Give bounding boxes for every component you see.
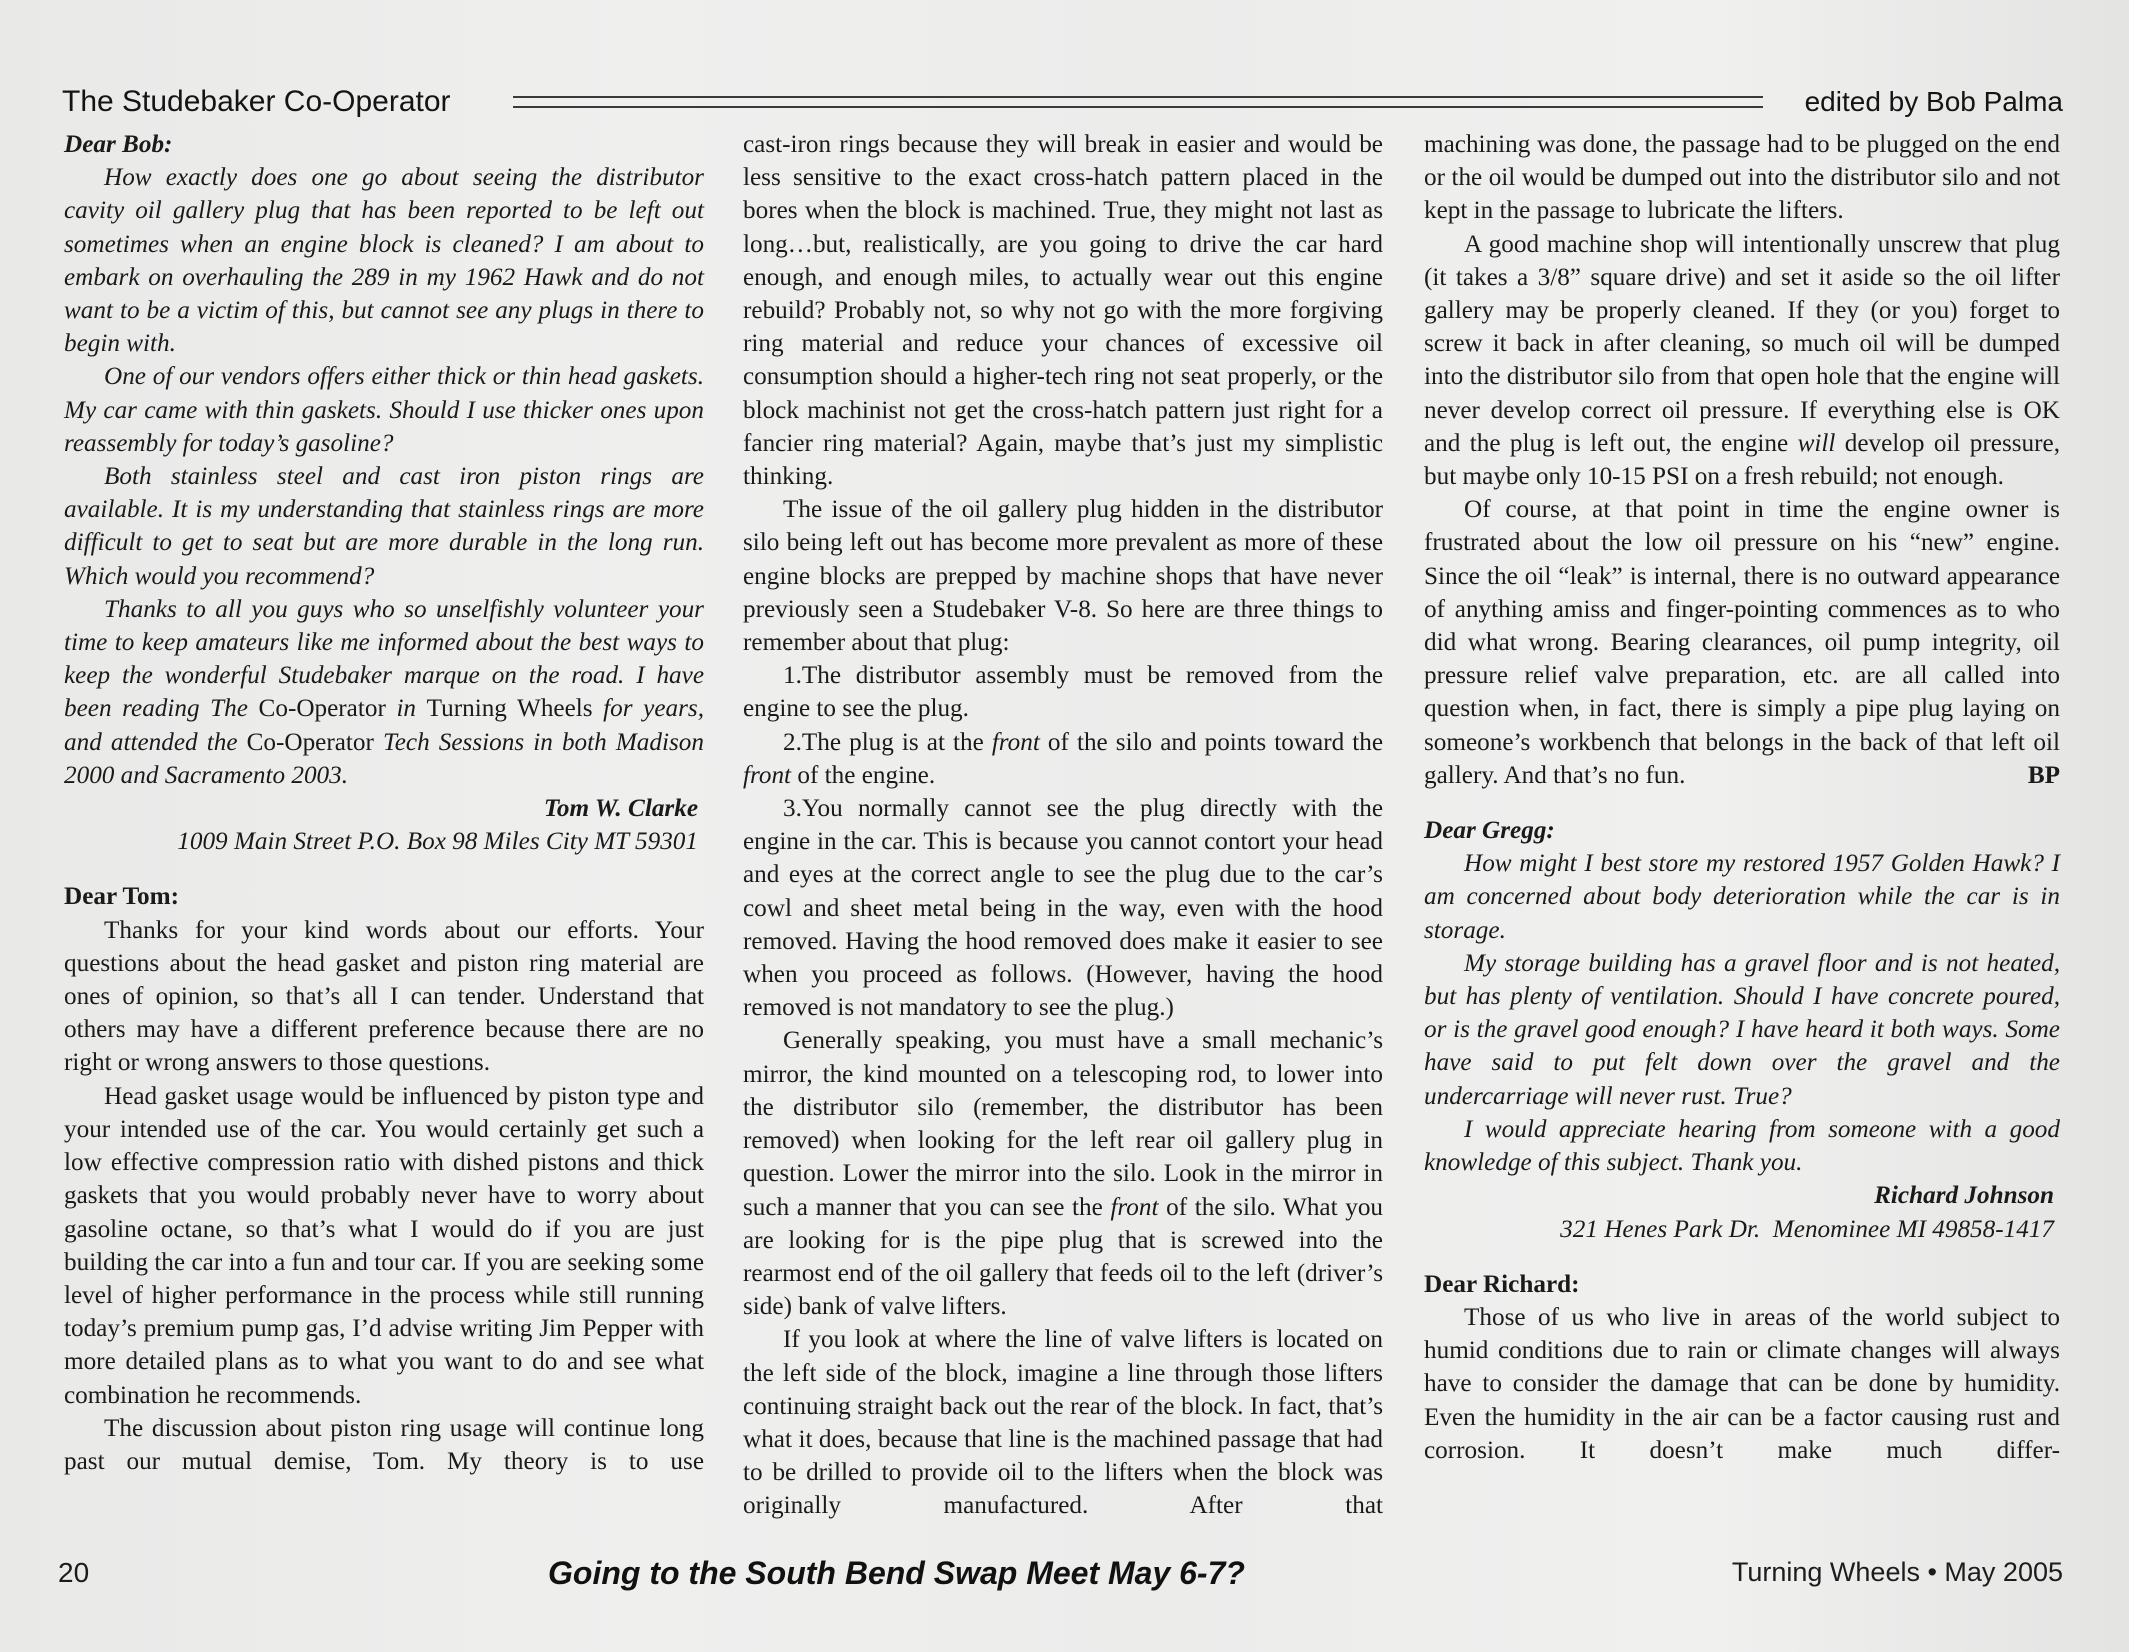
letter-salutation: Dear Gregg: <box>1424 814 2060 847</box>
list-item: 2.The plug is at the front of the silo a… <box>743 726 1383 792</box>
reply-paragraph: A good machine shop will intentionally u… <box>1424 228 2060 494</box>
reply-paragraph: Head gasket usage would be influenced by… <box>64 1080 704 1412</box>
letter-address: 321 Henes Park Dr. Menominee MI 49858-14… <box>1424 1213 2060 1246</box>
letter-tom-clarke: Dear Bob: How exactly does one go about … <box>64 128 704 858</box>
letter-signature: Tom W. Clarke <box>64 792 704 825</box>
list-item: 1.The distributor assembly must be remov… <box>743 659 1383 725</box>
reply-paragraph: The discussion about piston ring usage w… <box>64 1412 704 1478</box>
reply-paragraph: Generally speaking, you must have a smal… <box>743 1024 1383 1323</box>
letter-salutation: Dear Bob: <box>64 128 704 161</box>
promo-banner: Going to the South Bend Swap Meet May 6-… <box>548 1555 1245 1592</box>
list-item: 3.You normally cannot see the plug direc… <box>743 792 1383 1024</box>
letter-paragraph: How might I best store my restored 1957 … <box>1424 847 2060 947</box>
letter-address: 1009 Main Street P.O. Box 98 Miles City … <box>64 825 704 858</box>
column-editor: edited by Bob Palma <box>1805 86 2063 118</box>
header-double-rule <box>513 96 1763 108</box>
letter-richard-johnson: Dear Gregg: How might I best store my re… <box>1424 814 2060 1246</box>
letter-signature: Richard Johnson <box>1424 1179 2060 1212</box>
reply-to-richard: Dear Richard: Those of us who live in ar… <box>1424 1268 2060 1467</box>
letter-paragraph: My storage building has a gravel floor a… <box>1424 947 2060 1113</box>
letter-paragraph: One of our vendors offers either thick o… <box>64 360 704 460</box>
letter-paragraph: I would appreciate hearing from someone … <box>1424 1113 2060 1179</box>
reply-paragraph: Of course, at that point in time the eng… <box>1424 493 2060 792</box>
column-1: Dear Bob: How exactly does one go about … <box>64 128 704 1478</box>
reply-paragraph: The issue of the oil gallery plug hidden… <box>743 493 1383 659</box>
letter-paragraph: Thanks to all you guys who so unselfishl… <box>64 593 704 792</box>
reply-paragraph-continued: machining was done, the passage had to b… <box>1424 128 2060 228</box>
reply-salutation: Dear Richard: <box>1424 1268 2060 1301</box>
page-footer: 20 Going to the South Bend Swap Meet May… <box>58 1555 2063 1595</box>
column-title: The Studebaker Co-Operator <box>62 85 451 119</box>
reply-to-tom: Dear Tom: Thanks for your kind words abo… <box>64 880 704 1478</box>
reply-paragraph-continued: cast-iron rings because they will break … <box>743 128 1383 493</box>
column-3: machining was done, the passage had to b… <box>1424 128 2060 1467</box>
reply-paragraph: Thanks for your kind words about our eff… <box>64 914 704 1080</box>
letter-paragraph: How exactly does one go about seeing the… <box>64 161 704 360</box>
editor-initials: BP <box>1988 759 2060 792</box>
page-header: The Studebaker Co-Operator edited by Bob… <box>62 82 2063 122</box>
page-number: 20 <box>58 1557 89 1589</box>
reply-paragraph: Those of us who live in areas of the wor… <box>1424 1301 2060 1467</box>
issue-info: Turning Wheels • May 2005 <box>1732 1557 2063 1588</box>
letter-paragraph: Both stainless steel and cast iron pisto… <box>64 460 704 593</box>
reply-paragraph: If you look at where the line of valve l… <box>743 1323 1383 1522</box>
reply-salutation: Dear Tom: <box>64 880 704 913</box>
column-2: cast-iron rings because they will break … <box>743 128 1383 1523</box>
